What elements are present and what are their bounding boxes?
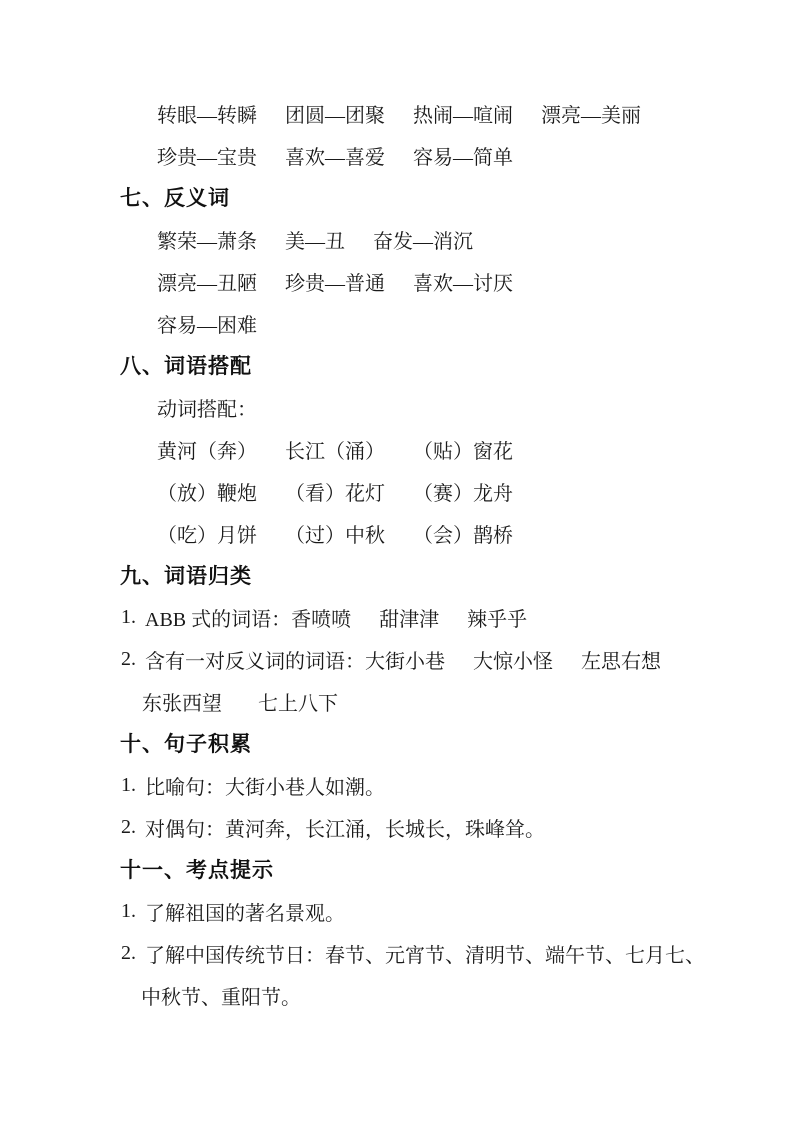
item-number: 2. xyxy=(121,816,136,839)
numbered-item: 2. 对偶句：黄河奔，长江涌，长城长，珠峰耸。 xyxy=(0,806,793,848)
word-pair: 漂亮—美丽 xyxy=(541,99,641,128)
word-pair: 奋发—消沉 xyxy=(373,225,473,254)
word: 香喷喷 xyxy=(291,603,351,632)
word-pair: 转眼—转瞬 xyxy=(157,99,257,128)
item-text: 了解中国传统节日：春节、元宵节、清明节、端午节、七月七、 xyxy=(145,939,705,968)
continuation-row: 中秋节、重阳节。 xyxy=(0,974,793,1016)
numbered-item: 1. 了解祖国的著名景观。 xyxy=(0,890,793,932)
antonym-pairs-row: 繁荣—萧条 美—丑 奋发—消沉 xyxy=(0,218,793,260)
numbered-item: 1. ABB 式的词语： 香喷喷 甜津津 辣乎乎 xyxy=(0,596,793,638)
item-text: 中秋节、重阳节。 xyxy=(141,981,301,1010)
word-pair: 容易—困难 xyxy=(157,309,257,338)
document-page: 转眼—转瞬 团圆—团聚 热闹—喧闹 漂亮—美丽 珍贵—宝贵 喜欢—喜爱 容易—简… xyxy=(0,0,793,1122)
word-pair: 喜欢—喜爱 xyxy=(285,141,385,170)
word-pair: 热闹—喧闹 xyxy=(413,99,513,128)
section-heading-exam-tips: 十一、考点提示 xyxy=(0,848,793,890)
section-heading-collocations: 八、词语搭配 xyxy=(0,344,793,386)
item-number: 2. xyxy=(121,942,136,965)
word: 东张西望 xyxy=(142,687,222,716)
numbered-item: 2. 含有一对反义词的词语： 大街小巷 大惊小怪 左思右想 xyxy=(0,638,793,680)
item-number: 1. xyxy=(121,900,136,923)
collocation-row: 黄河（奔） 长江（涌） （贴）窗花 xyxy=(0,428,793,470)
word: 大街小巷 xyxy=(365,645,445,674)
item-number: 2. xyxy=(121,648,136,671)
continuation-row: 东张西望 七上八下 xyxy=(0,680,793,722)
numbered-item: 2. 了解中国传统节日：春节、元宵节、清明节、端午节、七月七、 xyxy=(0,932,793,974)
collocation: （过）中秋 xyxy=(285,519,385,548)
item-text: 比喻句：大街小巷人如潮。 xyxy=(145,771,385,800)
word-pair: 漂亮—丑陋 xyxy=(157,267,257,296)
word-pair: 珍贵—宝贵 xyxy=(157,141,257,170)
synonym-pairs-row: 转眼—转瞬 团圆—团聚 热闹—喧闹 漂亮—美丽 xyxy=(0,92,793,134)
collocation: 长江（涌） xyxy=(285,435,385,464)
collocation: （会）鹊桥 xyxy=(413,519,513,548)
word-pair: 美—丑 xyxy=(285,225,345,254)
word-pair: 喜欢—讨厌 xyxy=(413,267,513,296)
item-number: 1. xyxy=(121,774,136,797)
numbered-item: 1. 比喻句：大街小巷人如潮。 xyxy=(0,764,793,806)
word: 左思右想 xyxy=(581,645,661,674)
item-text: 了解祖国的著名景观。 xyxy=(145,897,345,926)
word: 辣乎乎 xyxy=(467,603,527,632)
item-label: ABB 式的词语： xyxy=(145,603,291,632)
word: 大惊小怪 xyxy=(473,645,553,674)
collocation: 黄河（奔） xyxy=(157,435,257,464)
collocation-row: （吃）月饼 （过）中秋 （会）鹊桥 xyxy=(0,512,793,554)
item-text: 对偶句：黄河奔，长江涌，长城长，珠峰耸。 xyxy=(145,813,545,842)
item-label: 含有一对反义词的词语： xyxy=(145,645,365,674)
word: 甜津津 xyxy=(379,603,439,632)
word: 七上八下 xyxy=(258,687,338,716)
collocation: （吃）月饼 xyxy=(157,519,257,548)
collocation: （赛）龙舟 xyxy=(413,477,513,506)
word-pair: 容易—简单 xyxy=(413,141,513,170)
item-number: 1. xyxy=(121,606,136,629)
synonym-pairs-row: 珍贵—宝贵 喜欢—喜爱 容易—简单 xyxy=(0,134,793,176)
antonym-pairs-row: 漂亮—丑陋 珍贵—普通 喜欢—讨厌 xyxy=(0,260,793,302)
section-heading-antonyms: 七、反义词 xyxy=(0,176,793,218)
section-heading-categorization: 九、词语归类 xyxy=(0,554,793,596)
collocation-row: （放）鞭炮 （看）花灯 （赛）龙舟 xyxy=(0,470,793,512)
antonym-pairs-row: 容易—困难 xyxy=(0,302,793,344)
word-pair: 珍贵—普通 xyxy=(285,267,385,296)
section-heading-sentences: 十、句子积累 xyxy=(0,722,793,764)
word-pair: 团圆—团聚 xyxy=(285,99,385,128)
word-pair: 繁荣—萧条 xyxy=(157,225,257,254)
collocation: （放）鞭炮 xyxy=(157,477,257,506)
collocation-subheading: 动词搭配： xyxy=(0,386,793,428)
collocation: （看）花灯 xyxy=(285,477,385,506)
collocation: （贴）窗花 xyxy=(413,435,513,464)
